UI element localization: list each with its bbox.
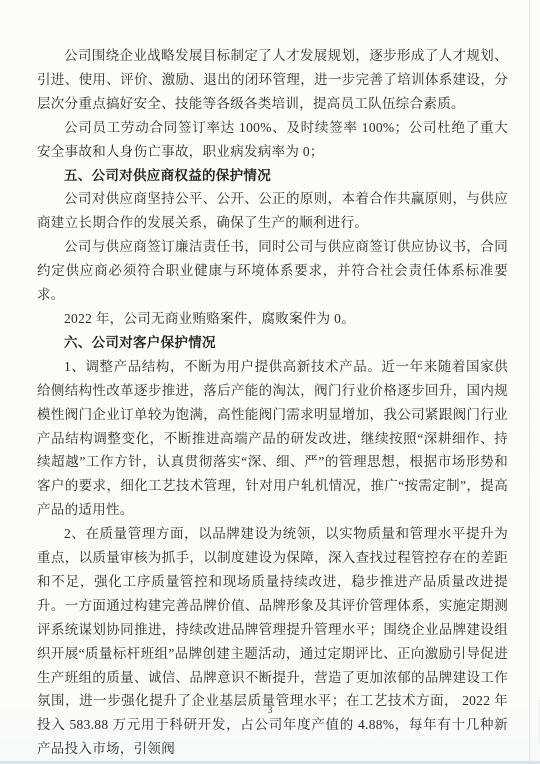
body-paragraph: 公司员工劳动合同签订率达 100%、及时续签率 100%；公司杜绝了重大安全事故…	[37, 116, 508, 164]
body-paragraph: 2、在质量管理方面，以品牌建设为统领，以实物质量和管理水平提升为重点，以质量审核…	[37, 522, 508, 761]
page-number: 3	[0, 704, 540, 718]
body-paragraph: 2022 年，公司无商业贿赂案件，腐败案件为 0。	[37, 307, 508, 331]
scanned-document-page: 公司围绕企业战略发展目标制定了人才发展规划，逐步形成了人才规划、引进、使用、评价…	[0, 0, 540, 764]
body-paragraph: 公司对供应商坚持公平、公开、公正的原则，本着合作共赢原则，与供应商建立长期合作的…	[37, 187, 508, 235]
body-paragraph: 公司与供应商签订廉洁责任书，同时公司与供应商签订供应协议书，合同约定供应商必须符…	[37, 235, 508, 307]
body-paragraph: 1、调整产品结构，不断为用户提供高新技术产品。近一年来随着国家供给侧结构性改革逐…	[37, 355, 508, 522]
section-heading-customers: 六、公司对客户保护情况	[37, 331, 508, 355]
section-heading-suppliers: 五、公司对供应商权益的保护情况	[37, 164, 508, 188]
document-body: 公司围绕企业战略发展目标制定了人才发展规划，逐步形成了人才规划、引进、使用、评价…	[37, 44, 508, 761]
body-paragraph: 公司围绕企业战略发展目标制定了人才发展规划，逐步形成了人才规划、引进、使用、评价…	[37, 44, 508, 116]
scan-edge-right	[529, 0, 530, 764]
